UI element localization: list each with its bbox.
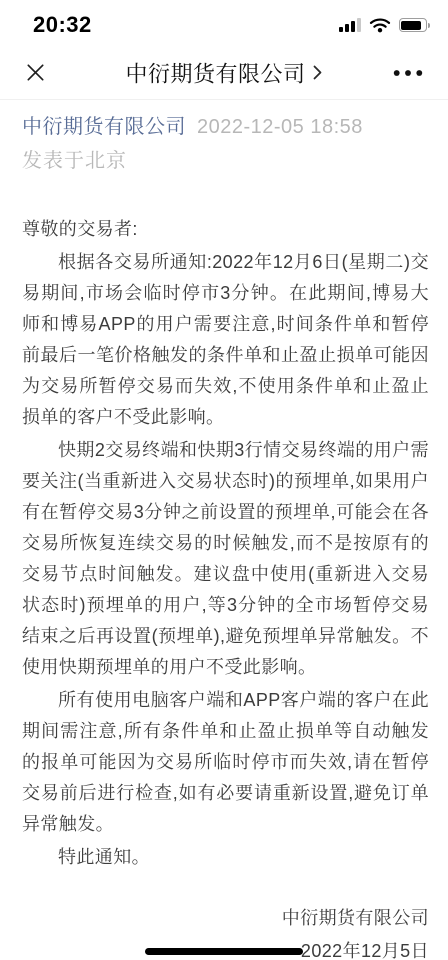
- closing-note: 特此通知。: [22, 842, 429, 873]
- status-time: 20:32: [33, 12, 92, 38]
- nav-bar: 中衍期货有限公司: [0, 46, 448, 100]
- battery-icon: [399, 18, 431, 32]
- signature: 中衍期货有限公司: [22, 903, 429, 934]
- publish-location: 发表于北京: [22, 148, 426, 175]
- article-body: 尊敬的交易者: 根据各交易所通知:2022年12月6日(星期二)交易期间,市场会…: [0, 214, 448, 960]
- article-meta: 中衍期货有限公司 2022-12-05 18:58 发表于北京: [0, 100, 448, 175]
- status-icons: [339, 17, 431, 33]
- wechat-article-screen: 20:32 中衍期货有限: [0, 0, 448, 960]
- home-indicator[interactable]: [145, 948, 303, 955]
- paragraph-2: 快期2交易终端和快期3行情交易终端的用户需要关注(当重新进入交易状态时)的预埋单…: [22, 435, 429, 683]
- close-icon: [24, 61, 47, 84]
- account-name-link[interactable]: 中衍期货有限公司: [22, 113, 186, 141]
- paragraph-3: 所有使用电脑客户端和APP客户端的客户在此期间需注意,所有条件单和止盈止损单等自…: [22, 685, 429, 840]
- nav-title[interactable]: 中衍期货有限公司: [125, 57, 322, 88]
- paragraph-1: 根据各交易所通知:2022年12月6日(星期二)交易期间,市场会临时停市3分钟。…: [22, 247, 429, 433]
- close-button[interactable]: [20, 57, 51, 88]
- status-bar: 20:32: [0, 0, 448, 46]
- more-icon: [392, 69, 424, 77]
- cellular-signal-icon: [339, 18, 361, 32]
- salutation: 尊敬的交易者:: [22, 214, 429, 245]
- chevron-right-icon: [313, 65, 323, 81]
- publish-time: 2022-12-05 18:58: [197, 113, 363, 141]
- wifi-icon: [369, 17, 391, 33]
- more-button[interactable]: [388, 65, 428, 81]
- nav-title-label: 中衍期货有限公司: [125, 57, 305, 88]
